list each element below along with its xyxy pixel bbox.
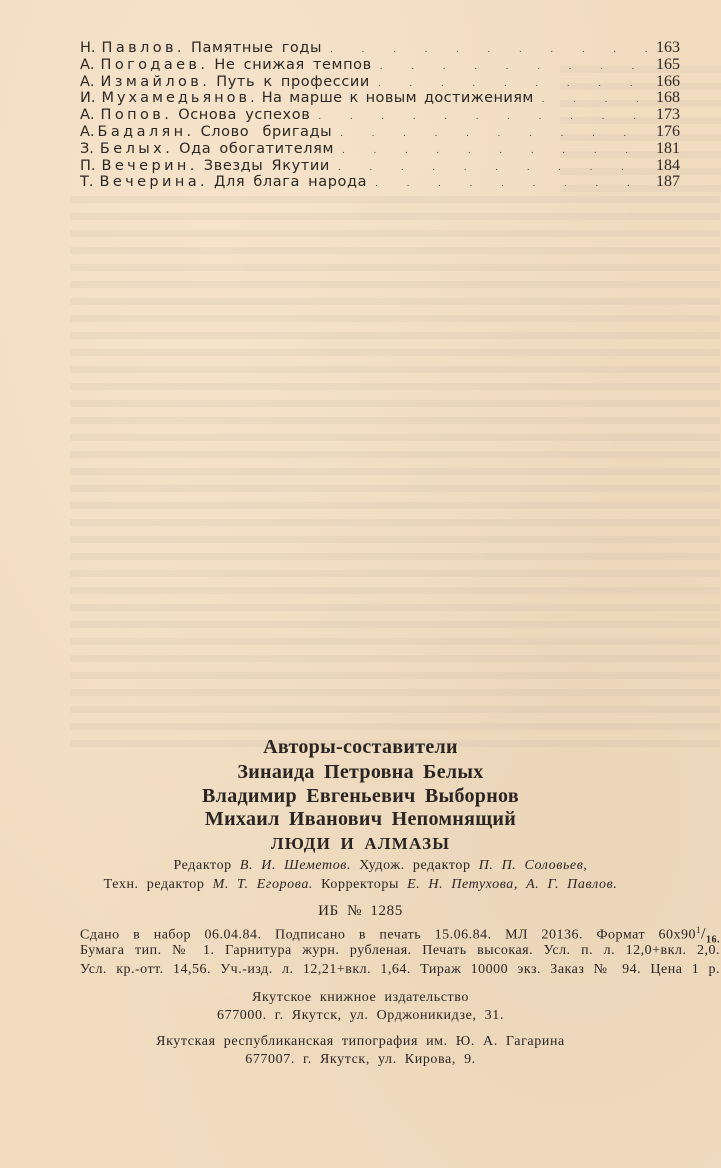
toc-entry: Н. Павлов. Памятные годы 163 xyxy=(80,40,680,57)
book-title: ЛЮДИ И АЛМАЗЫ xyxy=(0,834,721,854)
toc-author: Бадалян. xyxy=(98,124,195,141)
toc-page-number: 173 xyxy=(656,107,680,124)
editors-line: Редактор В. И. Шеметов. Худож. редактор … xyxy=(20,858,721,874)
toc-author: Павлов. xyxy=(102,40,185,57)
toc-entry: З. Белых. Ода обогатителям 181 xyxy=(80,141,680,158)
toc-page-number: 181 xyxy=(656,141,680,158)
toc-page-number: 163 xyxy=(656,40,680,57)
printer-name: Якутская республиканская типография им. … xyxy=(0,1034,721,1050)
tech-editor-label: Техн. редактор xyxy=(104,877,205,892)
toc-author-initial: Н. xyxy=(80,40,96,57)
compilers-heading: Авторы-составители xyxy=(0,736,721,759)
tech-editors-line: Техн. редактор М. Т. Егорова. Корректоры… xyxy=(0,877,721,893)
compiler-name: Владимир Евгеньевич Выборнов xyxy=(0,785,721,808)
toc-author: Вечерин. xyxy=(102,158,198,175)
toc-entry: А. Попов. Основа успехов 173 xyxy=(80,107,680,124)
toc-title: Слово бригады xyxy=(201,124,333,141)
book-page: Н. Павлов. Памятные годы 163 А. Погодаев… xyxy=(0,0,721,1168)
toc-page-number: 166 xyxy=(656,74,680,91)
toc-entry: А. Бадалян. Слово бригады 176 xyxy=(80,124,680,141)
print-details-line-3: Усл. кр.-отт. 14,56. Уч.-изд. л. 12,21+в… xyxy=(80,962,720,978)
toc-author-initial: А. xyxy=(80,74,95,91)
toc-author: Погодаев. xyxy=(101,57,209,74)
toc-entry: А. Погодаев. Не снижая темпов 165 xyxy=(80,57,680,74)
toc-author-initial: З. xyxy=(80,141,94,158)
toc-author: Попов. xyxy=(101,107,173,124)
ib-number: ИБ № 1285 xyxy=(0,903,721,920)
toc-title: Звезды Якутии xyxy=(204,158,330,175)
printer-address: 677007. г. Якутск, ул. Кирова, 9. xyxy=(0,1052,721,1068)
toc-page-number: 168 xyxy=(656,90,680,107)
toc-page-number: 176 xyxy=(656,124,680,141)
toc-title: На марше к новым достижениям xyxy=(262,90,534,107)
toc-entry: Т. Вечерина. Для блага народа 187 xyxy=(80,174,680,191)
toc-title: Ода обогатителям xyxy=(179,141,334,158)
toc-entry: И. Мухамедьянов. На марше к новым достиж… xyxy=(80,90,680,107)
toc-author-initial: И. xyxy=(80,90,95,107)
print-details-text: Сдано в набор 06.04.84. Подписано в печа… xyxy=(80,928,696,943)
art-editor-label: Худож. редактор xyxy=(359,858,470,873)
toc-author: Мухамедьянов. xyxy=(101,90,257,107)
compiler-name: Михаил Иванович Непомнящий xyxy=(0,808,721,831)
toc-title: Не снижая темпов xyxy=(214,57,371,74)
dot-leader xyxy=(375,174,650,193)
toc-author-initial: А. xyxy=(80,107,95,124)
proofreaders-label: Корректоры xyxy=(321,877,399,892)
toc-author-initial: А. xyxy=(80,57,95,74)
toc-author-initial: Т. xyxy=(80,174,93,191)
toc-author-initial: А. xyxy=(80,124,95,141)
toc-page-number: 184 xyxy=(656,158,680,175)
editor-name: В. И. Шеметов. xyxy=(240,858,351,873)
toc-entry: П. Вечерин. Звезды Якутии 184 xyxy=(80,158,680,175)
toc-author: Белых. xyxy=(100,141,173,158)
bleed-through-texture xyxy=(70,190,720,750)
toc-page-number: 187 xyxy=(656,174,680,191)
toc-author: Измайлов. xyxy=(101,74,211,91)
print-details-line-2: Бумага тип. № 1. Гарнитура журн. рублена… xyxy=(80,943,720,959)
editor-label: Редактор xyxy=(173,858,231,873)
toc-entry: А. Измайлов. Путь к профессии 166 xyxy=(80,74,680,91)
toc-title: Памятные годы xyxy=(191,40,322,57)
proofreaders-names: Е. Н. Петухова, А. Г. Павлов. xyxy=(407,877,617,892)
toc-page-number: 165 xyxy=(656,57,680,74)
publisher-name: Якутское книжное издательство xyxy=(0,990,721,1006)
tech-editor-name: М. Т. Егорова. xyxy=(213,877,313,892)
toc-title: Основа успехов xyxy=(178,107,310,124)
toc-author-initial: П. xyxy=(80,158,96,175)
art-editor-name: П. П. Соловьев, xyxy=(479,858,588,873)
table-of-contents: Н. Павлов. Памятные годы 163 А. Погодаев… xyxy=(80,40,680,191)
compiler-name: Зинаида Петровна Белых xyxy=(0,761,721,784)
toc-author: Вечерина. xyxy=(99,174,208,191)
publisher-address: 677000. г. Якутск, ул. Орджоникидзе, 31. xyxy=(0,1008,721,1024)
toc-title: Путь к профессии xyxy=(216,74,370,91)
toc-title: Для блага народа xyxy=(214,174,367,191)
